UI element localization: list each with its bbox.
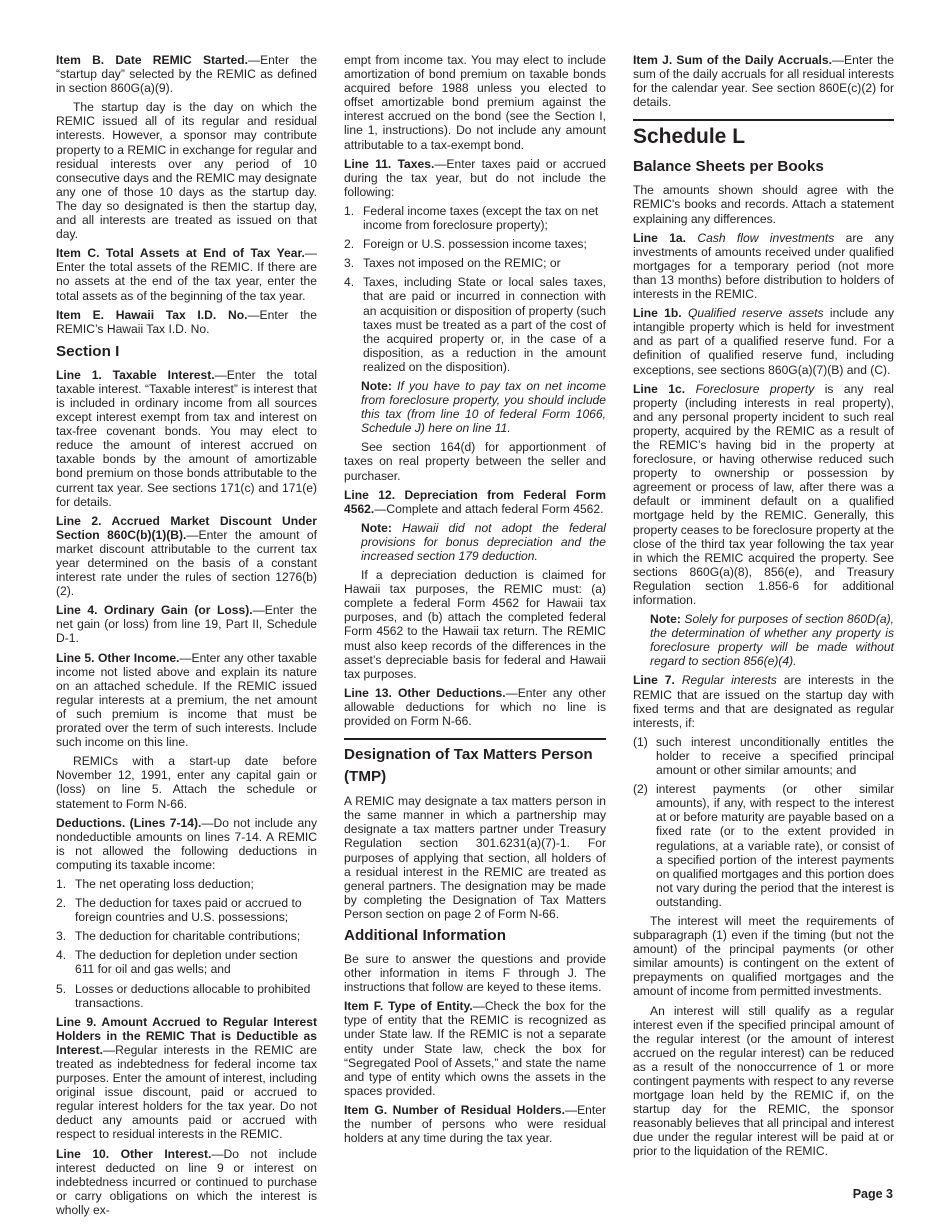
note-foreclosure-tax: Note: If you have to pay tax on net inco… xyxy=(361,379,606,435)
schedule-l-heading: Schedule L xyxy=(633,125,894,149)
amounts-paragraph: The amounts shown should agree with the … xyxy=(633,183,894,225)
note-foreclosure-determination: Note: Solely for purposes of section 860… xyxy=(650,612,894,668)
line-7-paragraph: Line 7. Regular interests are interests … xyxy=(633,673,894,729)
startup-day-paragraph: The startup day is the day on which the … xyxy=(56,100,317,241)
additional-information-paragraph: Be sure to answer the questions and prov… xyxy=(344,952,606,994)
list-item: (2)interest payments (or other similar a… xyxy=(633,782,894,909)
line-10-paragraph: Line 10. Other Interest.—Do not include … xyxy=(56,1147,317,1217)
regular-interest-conditions: (1)such interest unconditionally entitle… xyxy=(633,735,894,909)
list-item: 4.Taxes, including State or local sales … xyxy=(344,275,606,374)
item-f-paragraph: Item F. Type of Entity.—Check the box fo… xyxy=(344,999,606,1098)
line-10-continuation: empt from income tax. You may elect to i… xyxy=(344,53,606,152)
line-4-heading: Line 4. Ordinary Gain (or Loss). xyxy=(56,603,253,617)
line-11-paragraph: Line 11. Taxes.—Enter taxes paid or accr… xyxy=(344,157,606,199)
additional-information-heading: Additional Information xyxy=(344,926,606,946)
line-11-heading: Line 11. Taxes. xyxy=(344,157,434,171)
item-c-heading: Item C. Total Assets at End of Tax Year. xyxy=(56,246,305,260)
item-e-heading: Item E. Hawaii Tax I.D. No. xyxy=(56,308,247,322)
page-number: Page 3 xyxy=(853,1187,893,1201)
list-item: 5.Losses or deductions allocable to proh… xyxy=(56,982,317,1010)
line-5-heading: Line 5. Other Income. xyxy=(56,651,179,665)
line-1b-paragraph: Line 1b. Qualified reserve assets includ… xyxy=(633,306,894,376)
section-164d-paragraph: See section 164(d) for apportionment of … xyxy=(344,440,606,482)
line-1-paragraph: Line 1. Taxable Interest.—Enter the tota… xyxy=(56,368,317,509)
line-5-paragraph: Line 5. Other Income.—Enter any other ta… xyxy=(56,651,317,750)
remics-paragraph: REMICs with a start-up date before Novem… xyxy=(56,754,317,810)
column-right: Item J. Sum of the Daily Accruals.—Enter… xyxy=(633,53,894,1164)
column-middle: empt from income tax. You may elect to i… xyxy=(344,53,606,1150)
deduction-list: 1.The net operating loss deduction; 2.Th… xyxy=(56,877,317,1010)
list-item: 2.Foreign or U.S. possession income taxe… xyxy=(344,237,606,251)
line-1-heading: Line 1. Taxable Interest. xyxy=(56,368,215,382)
item-g-paragraph: Item G. Number of Residual Holders.—Ente… xyxy=(344,1103,606,1145)
section-i-heading: Section I xyxy=(56,342,317,362)
list-item: 1.Federal income taxes (except the tax o… xyxy=(344,204,606,232)
line-4-paragraph: Line 4. Ordinary Gain (or Loss).—Enter t… xyxy=(56,603,317,645)
section-divider xyxy=(344,738,606,740)
item-b-paragraph: Item B. Date REMIC Started.—Enter the “s… xyxy=(56,53,317,95)
line-2-paragraph: Line 2. Accrued Market Discount Under Se… xyxy=(56,514,317,599)
line-13-heading: Line 13. Other Deductions. xyxy=(344,686,506,700)
line-10-heading: Line 10. Other Interest. xyxy=(56,1147,211,1161)
line-9-paragraph: Line 9. Amount Accrued to Regular Intere… xyxy=(56,1015,317,1142)
list-item: (1)such interest unconditionally entitle… xyxy=(633,735,894,777)
note-bonus-depreciation: Note: Hawaii did not adopt the federal p… xyxy=(361,521,606,563)
deductions-heading: Deductions. (Lines 7-14). xyxy=(56,816,201,830)
line-12-paragraph: Line 12. Depreciation from Federal Form … xyxy=(344,488,606,516)
item-j-heading: Item J. Sum of the Daily Accruals. xyxy=(633,53,832,67)
list-item: 3.Taxes not imposed on the REMIC; or xyxy=(344,256,606,270)
section-divider xyxy=(633,119,894,121)
item-j-paragraph: Item J. Sum of the Daily Accruals.—Enter… xyxy=(633,53,894,109)
deductions-paragraph: Deductions. (Lines 7-14).—Do not include… xyxy=(56,816,317,872)
still-qualify-paragraph: An interest will still qualify as a regu… xyxy=(633,1004,894,1159)
item-b-heading: Item B. Date REMIC Started. xyxy=(56,53,248,67)
list-item: 2.The deduction for taxes paid or accrue… xyxy=(56,896,317,924)
list-item: 4.The deduction for depletion under sect… xyxy=(56,948,317,976)
tmp-paragraph: A REMIC may designate a tax matters pers… xyxy=(344,794,606,921)
tmp-heading: Designation of Tax Matters Person (TMP) xyxy=(344,744,606,788)
column-left: Item B. Date REMIC Started.—Enter the “s… xyxy=(56,53,317,1222)
item-g-heading: Item G. Number of Residual Holders. xyxy=(344,1103,565,1117)
taxes-exclusion-list: 1.Federal income taxes (except the tax o… xyxy=(344,204,606,374)
requirements-paragraph: The interest will meet the requirements … xyxy=(633,914,894,999)
depreciation-paragraph: If a depreciation deduction is claimed f… xyxy=(344,568,606,681)
line-1a-paragraph: Line 1a. Cash flow investments are any i… xyxy=(633,231,894,301)
item-e-paragraph: Item E. Hawaii Tax I.D. No.—Enter the RE… xyxy=(56,308,317,336)
line-13-paragraph: Line 13. Other Deductions.—Enter any oth… xyxy=(344,686,606,728)
item-f-heading: Item F. Type of Entity. xyxy=(344,999,473,1013)
list-item: 1.The net operating loss deduction; xyxy=(56,877,317,891)
list-item: 3.The deduction for charitable contribut… xyxy=(56,929,317,943)
item-c-paragraph: Item C. Total Assets at End of Tax Year.… xyxy=(56,246,317,302)
line-1c-paragraph: Line 1c. Foreclosure property is any rea… xyxy=(633,382,894,608)
balance-sheets-heading: Balance Sheets per Books xyxy=(633,157,894,177)
